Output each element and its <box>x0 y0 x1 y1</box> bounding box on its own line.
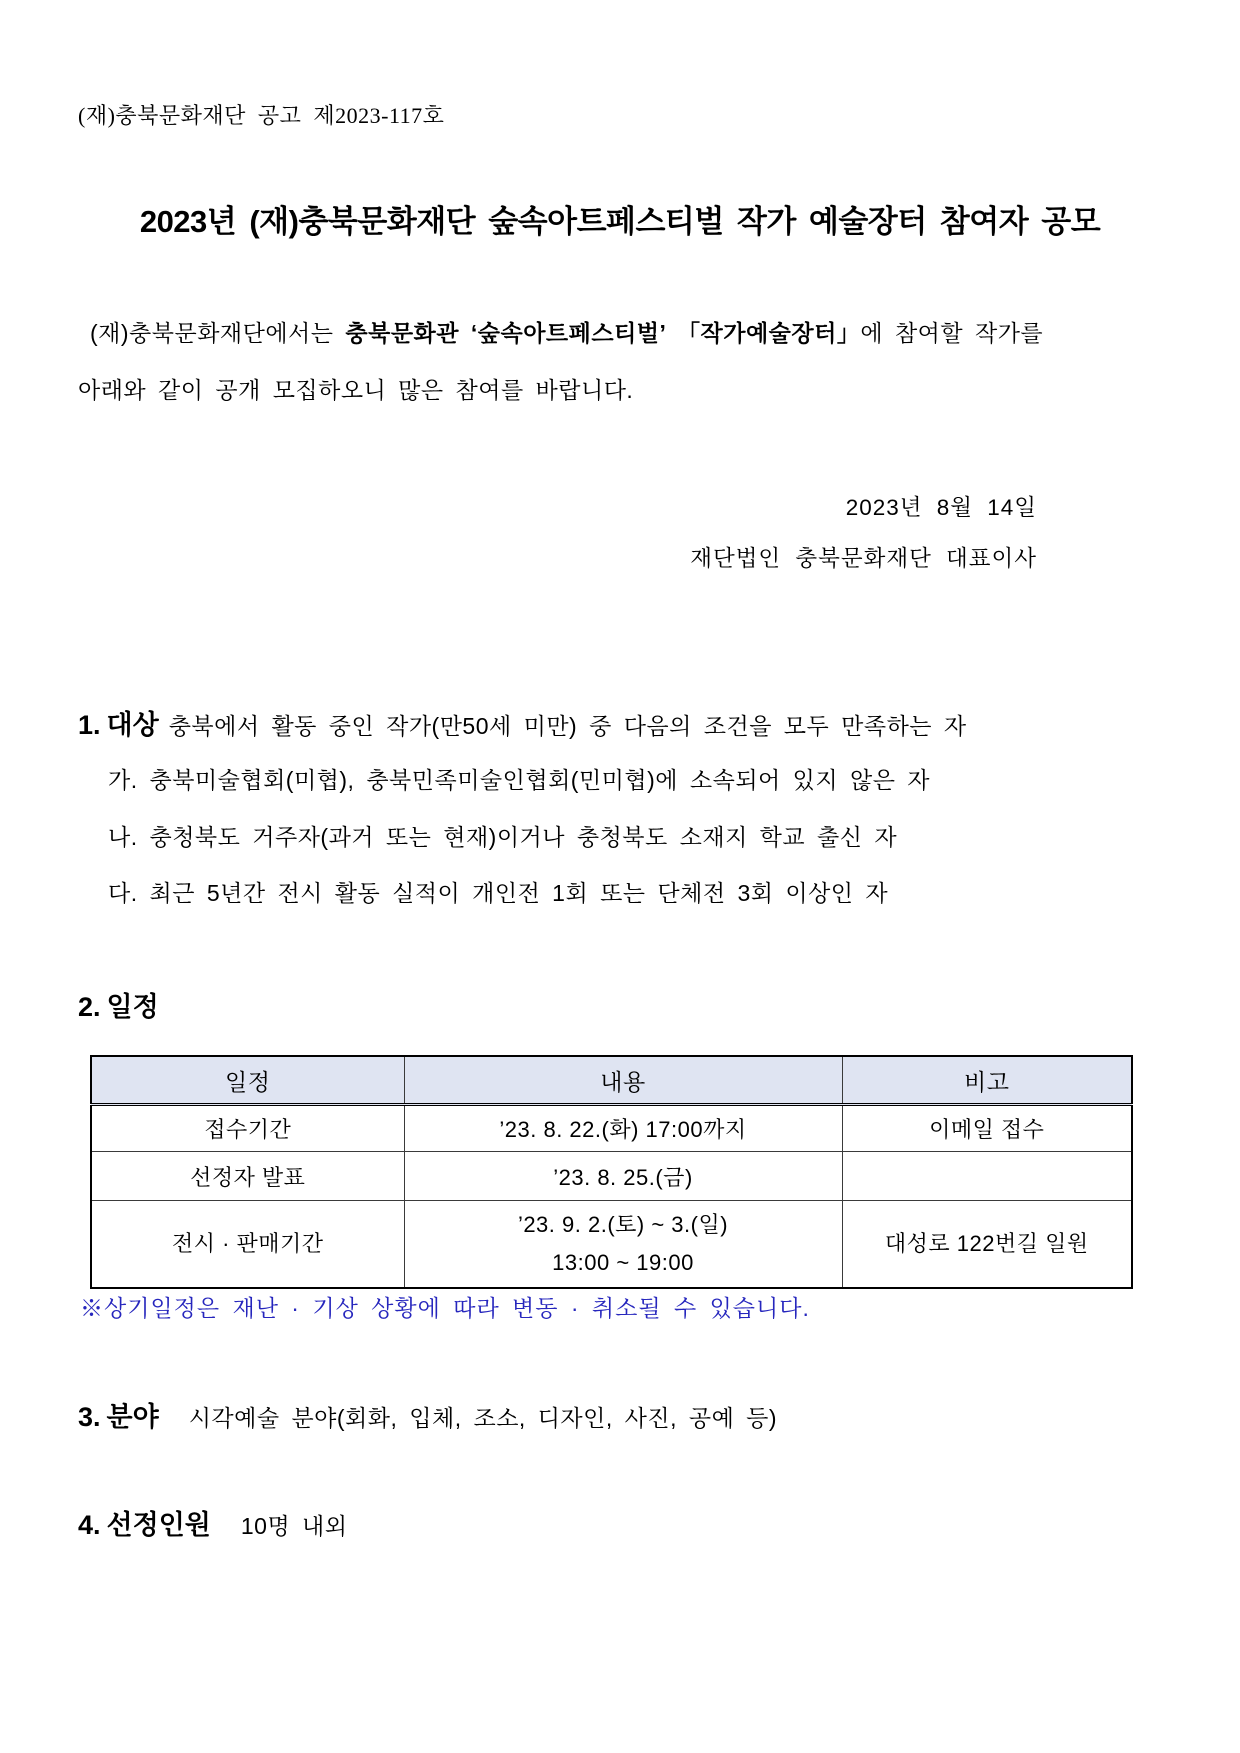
row1-remarks: 이메일 접수 <box>842 1105 1132 1152</box>
section-1-text: 충북에서 활동 중인 작가(만50세 미만) 중 다음의 조건을 모두 만족하는… <box>169 713 967 739</box>
section-4-selection-count: 4.선정인원10명 내외 <box>78 1503 348 1542</box>
eligibility-item-ga: 가. 충북미술협회(미협), 충북민족미술인협회(민미협)에 소속되어 있지 않… <box>108 752 930 809</box>
section-3-label: 분야 <box>107 1402 159 1432</box>
section-2-schedule: 2.일정 <box>78 985 159 1024</box>
section-4-text: 10명 내외 <box>241 1513 348 1539</box>
announcement-date: 2023년 8월 14일 <box>690 482 1037 533</box>
section-1-heading: 1.대상 <box>78 710 159 740</box>
row2-remarks <box>842 1152 1132 1201</box>
intro-text-tail: 에 참여할 작가를 <box>860 320 1043 346</box>
row2-schedule: 선정자 발표 <box>91 1152 404 1201</box>
section-4-label: 선정인원 <box>107 1510 211 1540</box>
section-4-heading: 4.선정인원 <box>78 1510 211 1540</box>
schedule-change-note: ※상기일정은 재난 · 기상 상황에 따라 변동 · 취소될 수 있습니다. <box>80 1290 810 1323</box>
eligibility-item-na: 나. 충청북도 거주자(과거 또는 현재)이거나 충청북도 소재지 학교 출신 … <box>108 809 930 866</box>
intro-text: (재)충북문화재단에서는 <box>90 320 345 346</box>
section-3-number: 3. <box>78 1402 101 1432</box>
col-header-schedule: 일정 <box>91 1056 404 1105</box>
section-3-text: 시각예술 분야(회화, 입체, 조소, 디자인, 사진, 공예 등) <box>189 1405 777 1431</box>
row1-content: ’23. 8. 22.(화) 17:00까지 <box>404 1105 842 1152</box>
section-2-number: 2. <box>78 992 101 1022</box>
document-page: (재)충북문화재단 공고 제2023-117호 2023년 (재)충북문화재단 … <box>0 0 1240 1753</box>
col-header-content: 내용 <box>404 1056 842 1105</box>
eligibility-item-da: 다. 최근 5년간 전시 활동 실적이 개인전 1회 또는 단체전 3회 이상인… <box>108 865 930 922</box>
schedule-header-row: 일정 내용 비고 <box>91 1056 1132 1105</box>
row3-content: ’23. 9. 2.(토) ~ 3.(일) 13:00 ~ 19:00 <box>404 1201 842 1289</box>
signature-block: 2023년 8월 14일 재단법인 충북문화재단 대표이사 <box>690 482 1037 584</box>
intro-line-2: 아래와 같이 공개 모집하오니 많은 참여를 바랍니다. <box>78 362 1170 419</box>
section-1-number: 1. <box>78 710 101 740</box>
col-header-remarks: 비고 <box>842 1056 1132 1105</box>
row3-remarks: 대성로 122번길 일원 <box>842 1201 1132 1289</box>
section-2-label: 일정 <box>107 992 159 1022</box>
section-3-field: 3.분야시각예술 분야(회화, 입체, 조소, 디자인, 사진, 공예 등) <box>78 1395 777 1434</box>
table-row: 접수기간 ’23. 8. 22.(화) 17:00까지 이메일 접수 <box>91 1105 1132 1152</box>
intro-paragraph: (재)충북문화재단에서는 충북문화관 ‘숲속아트페스티벌’ 「작가예술장터」에 … <box>78 305 1170 419</box>
intro-festival-name: 충북문화관 ‘숲속아트페스티벌’ <box>345 320 665 346</box>
row1-schedule: 접수기간 <box>91 1105 404 1152</box>
schedule-table: 일정 내용 비고 접수기간 ’23. 8. 22.(화) 17:00까지 이메일… <box>90 1055 1133 1289</box>
section-1-items: 가. 충북미술협회(미협), 충북민족미술인협회(민미협)에 소속되어 있지 않… <box>108 752 930 922</box>
section-4-number: 4. <box>78 1510 101 1540</box>
page-title: 2023년 (재)충북문화재단 숲속아트페스티벌 작가 예술장터 참여자 공모 <box>0 196 1240 241</box>
notice-number: (재)충북문화재단 공고 제2023-117호 <box>78 99 444 130</box>
row2-content: ’23. 8. 25.(금) <box>404 1152 842 1201</box>
intro-line-1: (재)충북문화재단에서는 충북문화관 ‘숲속아트페스티벌’ 「작가예술장터」에 … <box>78 305 1170 362</box>
section-1-label: 대상 <box>107 710 159 740</box>
row3-schedule: 전시 · 판매기간 <box>91 1201 404 1289</box>
signer-name: 재단법인 충북문화재단 대표이사 <box>690 533 1037 584</box>
section-1-target: 1.대상충북에서 활동 중인 작가(만50세 미만) 중 다음의 조건을 모두 … <box>78 703 967 742</box>
section-3-heading: 3.분야 <box>78 1402 159 1432</box>
table-row: 전시 · 판매기간 ’23. 9. 2.(토) ~ 3.(일) 13:00 ~ … <box>91 1201 1132 1289</box>
section-2-heading: 2.일정 <box>78 992 159 1022</box>
intro-market-name: 「작가예술장터」 <box>666 320 861 346</box>
table-row: 선정자 발표 ’23. 8. 25.(금) <box>91 1152 1132 1201</box>
